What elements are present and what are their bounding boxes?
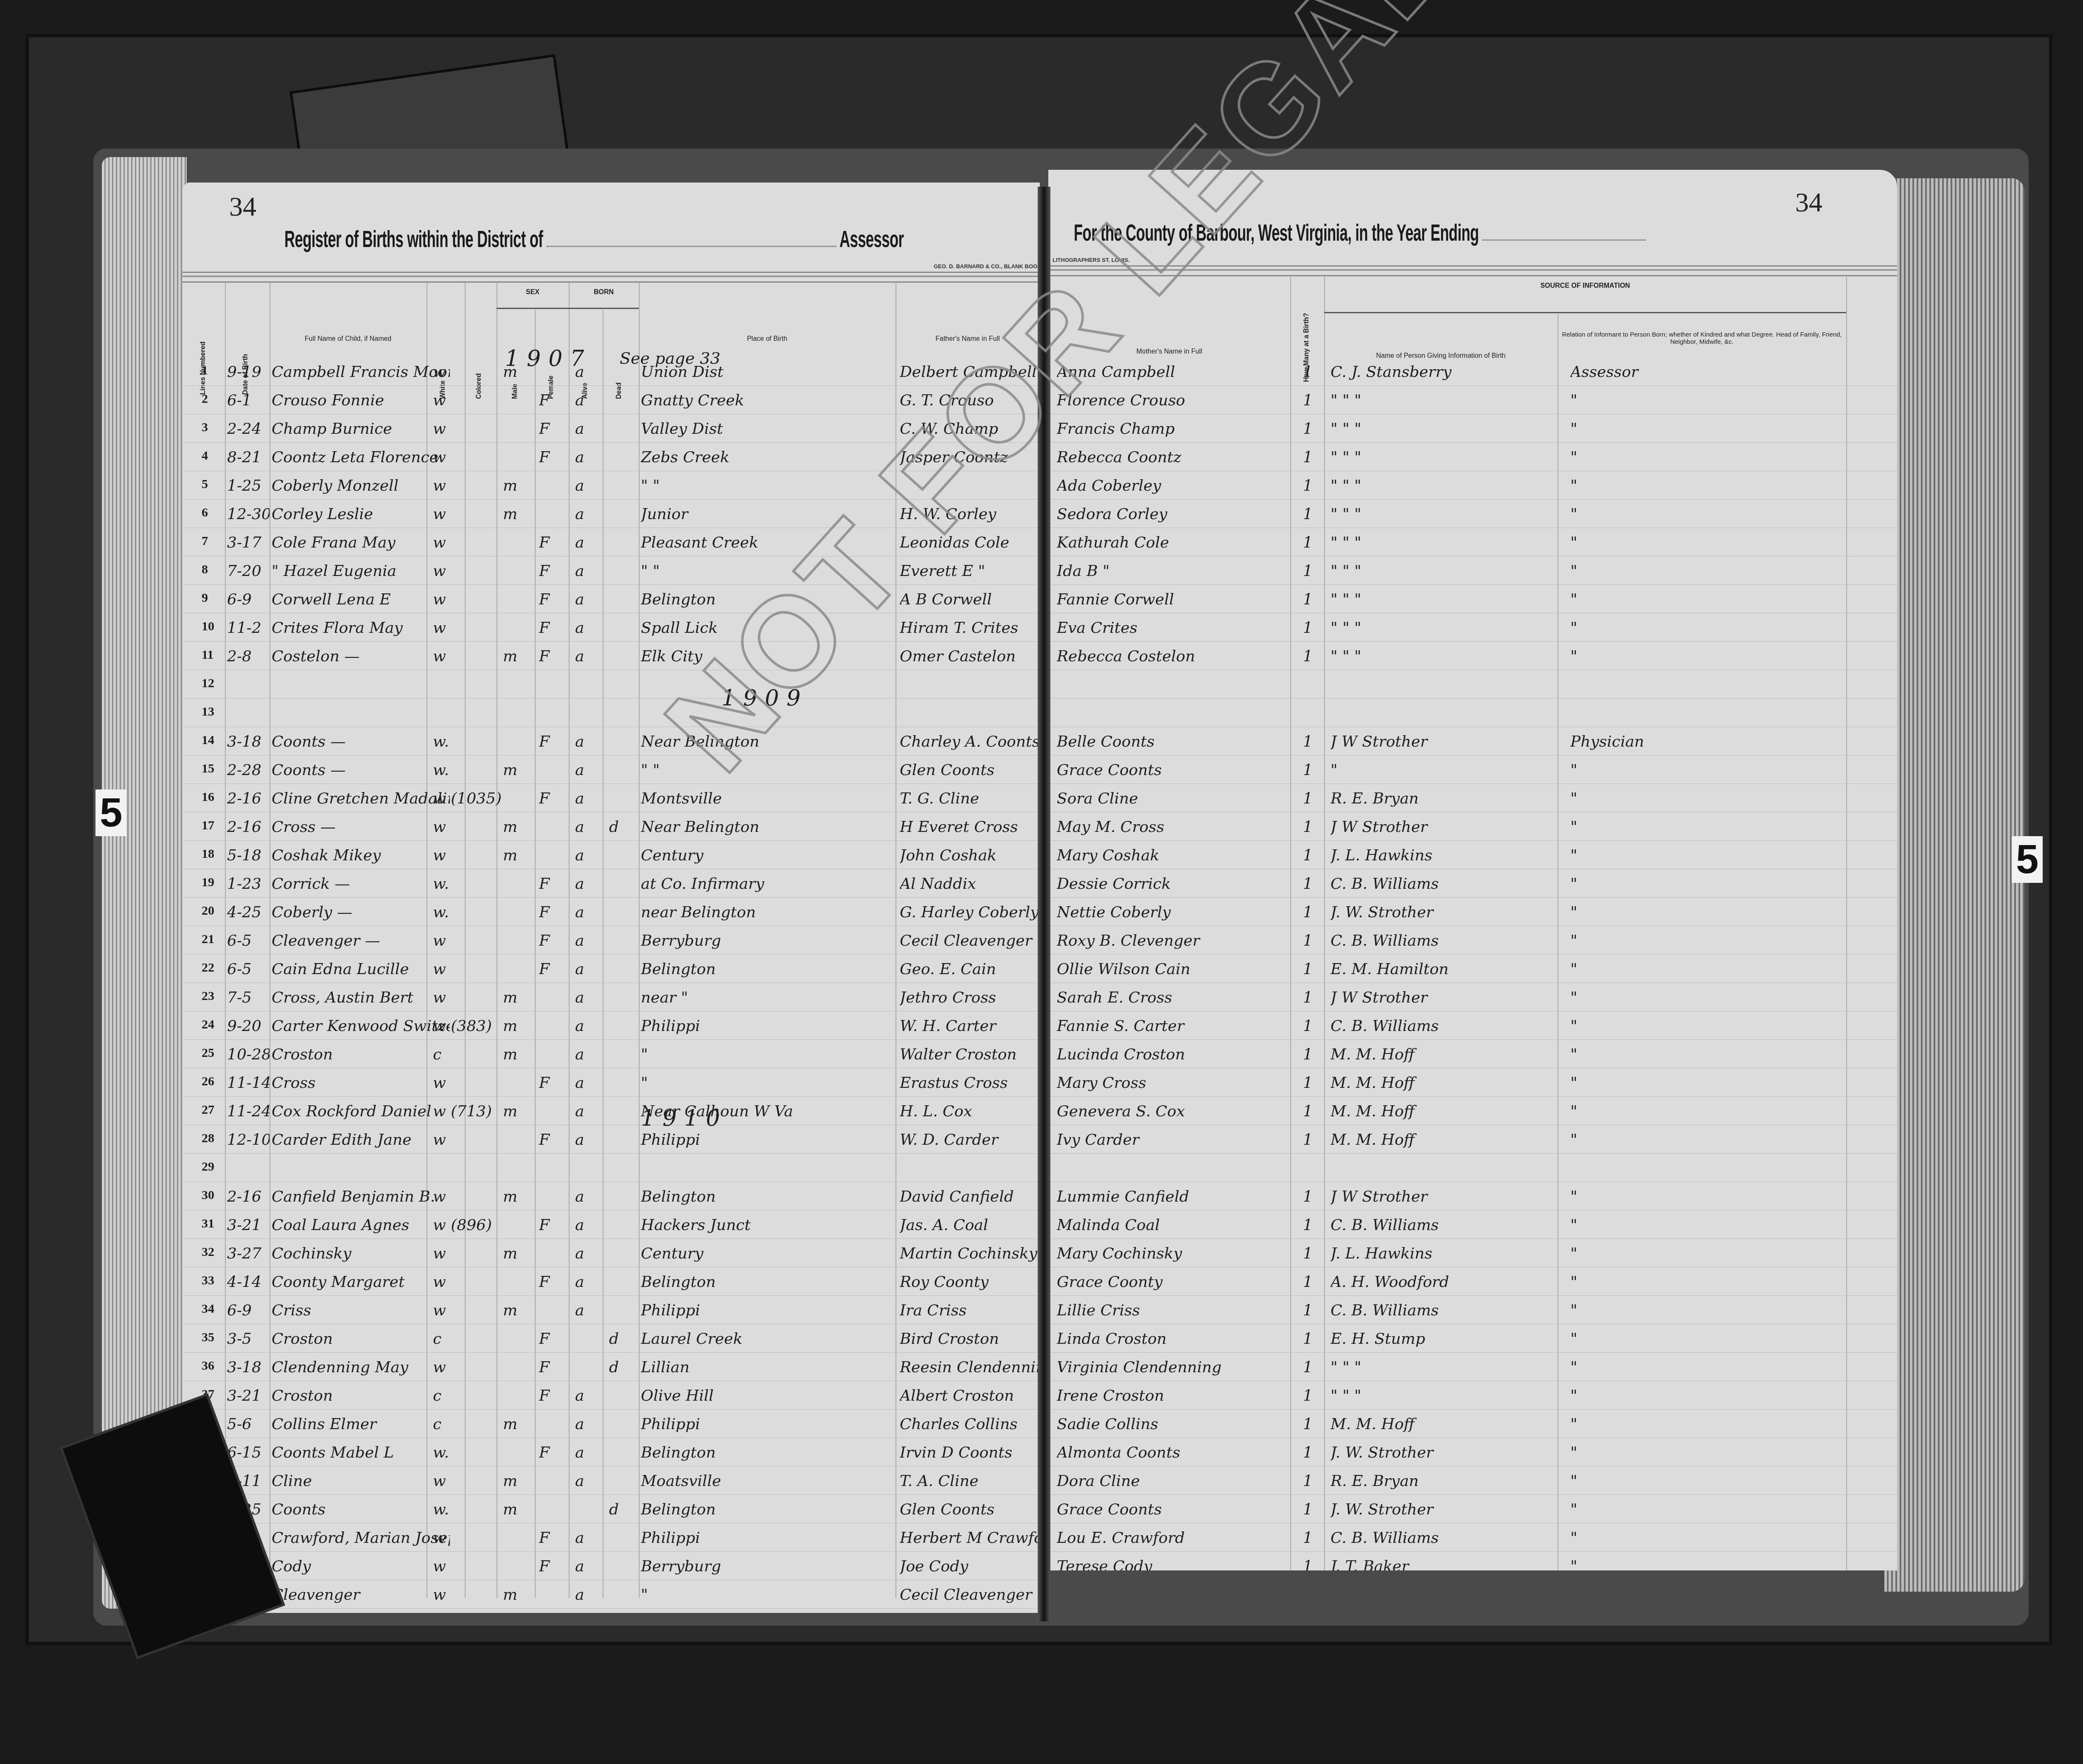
cell-alive: a <box>575 1558 603 1575</box>
cell-informant: J. W. Strother <box>1331 904 1555 921</box>
cell-informant: R. E. Bryan <box>1331 790 1555 807</box>
table-row: Mary Cochinsky1J. L. Hawkins" <box>1048 1242 1897 1267</box>
cell-relation: " <box>1570 420 1842 438</box>
table-row: 323-27CochinskywmaCenturyMartin Cochinsk… <box>182 1242 1040 1267</box>
cell-date: 3-5 <box>227 1330 269 1348</box>
cell-race: c <box>433 1330 518 1348</box>
cell-alive: a <box>575 591 603 608</box>
cell-male: m <box>503 1017 533 1035</box>
table-row: 2510-28Crostoncma"Walter Croston <box>182 1043 1040 1068</box>
table-row: Lillie Criss1C. B. Williams" <box>1048 1299 1897 1324</box>
cell-date: 6-5 <box>227 932 269 949</box>
table-row: Almonta Coonts1J. W. Strother" <box>1048 1441 1897 1466</box>
cell-line: 30 <box>202 1188 225 1202</box>
cell-informant: J. W. Strother <box>1331 1501 1555 1518</box>
cell-line: 6 <box>202 506 225 520</box>
cell-alive: a <box>575 1529 603 1547</box>
cell-female: F <box>539 420 569 438</box>
cell-name: Coonts Mabel L <box>272 1444 450 1461</box>
cell-informant: " <box>1331 761 1555 779</box>
cell-line: 25 <box>202 1046 225 1060</box>
cell-father: Reesin Clendenning <box>900 1359 1040 1376</box>
cell-name: Coonts <box>272 1501 450 1518</box>
cell-informant: J. W. Strother <box>1331 1444 1555 1461</box>
table-row: 429-4Crawford, Marian JosephinewFaPhilip… <box>182 1527 1040 1551</box>
cell-line: 7 <box>202 534 225 548</box>
cell-count: 1 <box>1303 506 1322 523</box>
tab-marker-left: 5 <box>95 789 126 836</box>
table-row: Lucinda Croston1M. M. Hoff" <box>1048 1043 1897 1068</box>
cell-mother: Fannie S. Carter <box>1057 1017 1290 1035</box>
table-row: May M. Cross1J W Strother" <box>1048 816 1897 840</box>
cell-relation: " <box>1570 1103 1842 1120</box>
cell-relation: " <box>1570 648 1842 665</box>
cell-count: 1 <box>1303 648 1322 665</box>
cell-alive: a <box>575 733 603 750</box>
table-row: Eva Crites1" " "" <box>1048 617 1897 641</box>
cell-father: Charley A. Coonts <box>900 733 1040 750</box>
cell-mother: Kathurah Cole <box>1057 534 1290 551</box>
cell-relation: " <box>1570 961 1842 978</box>
table-row: Grace Coonts1"" <box>1048 759 1897 784</box>
table-row: 363-18Clendenning MaywFdLillianReesin Cl… <box>182 1356 1040 1381</box>
cell-mother: Sarah E. Cross <box>1057 989 1290 1006</box>
cell-alive: a <box>575 562 603 580</box>
cell-mother: Grace Coonts <box>1057 761 1290 779</box>
cell-mother: Mary Cross <box>1057 1074 1290 1092</box>
cell-count: 1 <box>1303 1131 1322 1149</box>
cell-line: 20 <box>202 904 225 918</box>
table-row <box>1048 674 1897 698</box>
cell-name: Cox Rockford Daniel <box>272 1103 450 1120</box>
cell-informant: M. M. Hoff <box>1331 1131 1555 1149</box>
col-relation: Relation of Informant to Person Born; wh… <box>1562 331 1842 345</box>
cell-name: Croston <box>272 1330 450 1348</box>
cell-informant: J W Strother <box>1331 989 1555 1006</box>
cell-informant: J. L. Hawkins <box>1331 847 1555 864</box>
cell-father: Bird Croston <box>900 1330 1040 1348</box>
cell-mother: Eva Crites <box>1057 619 1290 637</box>
cell-alive: a <box>575 847 603 864</box>
cell-relation: " <box>1570 449 1842 466</box>
cell-count: 1 <box>1303 989 1322 1006</box>
cell-informant: M. M. Hoff <box>1331 1074 1555 1092</box>
cell-race: w <box>433 1131 518 1149</box>
cell-mother: Ada Coberley <box>1057 477 1290 494</box>
header-rule <box>182 272 1040 283</box>
cell-date: 6-1 <box>227 392 269 409</box>
cell-female: F <box>539 619 569 637</box>
cell-line: 15 <box>202 761 225 776</box>
cell-place: Near Belington <box>641 818 896 836</box>
cell-male: m <box>503 818 533 836</box>
cell-alive: a <box>575 989 603 1006</box>
cell-line: 28 <box>202 1131 225 1146</box>
cell-line: 29 <box>202 1160 225 1174</box>
cell-date: 6-5 <box>227 961 269 978</box>
cell-name: Clendenning May <box>272 1359 450 1376</box>
cell-count: 1 <box>1303 1330 1322 1348</box>
cell-line: 23 <box>202 989 225 1003</box>
table-row: Francis Champ1" " "" <box>1048 418 1897 442</box>
cell-count: 1 <box>1303 449 1322 466</box>
cell-date: 11-2 <box>227 619 269 637</box>
cell-father: John Coshak <box>900 847 1040 864</box>
cell-female: F <box>539 1529 569 1547</box>
cell-alive: a <box>575 477 603 494</box>
table-row: Lou E. Crawford1C. B. Williams" <box>1048 1527 1897 1551</box>
cell-informant: R. E. Bryan <box>1331 1472 1555 1490</box>
cell-alive: a <box>575 1103 603 1120</box>
cell-female: F <box>539 875 569 893</box>
cell-date: 9-19 <box>227 363 269 381</box>
cell-date: 3-21 <box>227 1387 269 1404</box>
cell-mother: Nettie Coberly <box>1057 904 1290 921</box>
table-row: Virginia Clendenning1" " "" <box>1048 1356 1897 1381</box>
cell-name: Coal Laura Agnes <box>272 1216 450 1234</box>
cell-mother: Mary Cochinsky <box>1057 1245 1290 1262</box>
cell-name: Cline Gretchen Madaline <box>272 790 450 807</box>
cell-date: 3-18 <box>227 733 269 750</box>
cell-name: Canfield Benjamin B. <box>272 1188 450 1205</box>
cell-place: Moatsville <box>641 1472 896 1490</box>
cell-female: F <box>539 562 569 580</box>
cell-informant: " " " <box>1331 591 1555 608</box>
cell-date: 1-25 <box>227 477 269 494</box>
cell-line: 31 <box>202 1216 225 1231</box>
cell-name: Cross — <box>272 818 450 836</box>
cell-female: F <box>539 790 569 807</box>
cell-alive: a <box>575 1416 603 1433</box>
cell-informant: C. B. Williams <box>1331 932 1555 949</box>
cell-line: 36 <box>202 1359 225 1373</box>
cell-father: Charles Collins <box>900 1416 1040 1433</box>
cell-mother: May M. Cross <box>1057 818 1290 836</box>
table-row: E172-16Cross —wmadNear BelingtonH Everet… <box>182 816 1040 840</box>
cell-alive: a <box>575 534 603 551</box>
cell-male: m <box>503 1046 533 1063</box>
cell-relation: " <box>1570 1501 1842 1518</box>
cell-race: w <box>433 1529 518 1547</box>
right-page: 34 For the County of Barbour, West Virgi… <box>1048 170 1897 1570</box>
cell-relation: " <box>1570 591 1842 608</box>
cell-alive: a <box>575 1017 603 1035</box>
cell-mother: Lucinda Croston <box>1057 1046 1290 1063</box>
cell-race: w <box>433 449 518 466</box>
cell-alive: a <box>575 506 603 523</box>
table-row: Grace Coonty1A. H. Woodford" <box>1048 1271 1897 1295</box>
cell-line: 1 <box>202 363 225 378</box>
cell-alive: a <box>575 904 603 921</box>
table-row: Mary Cross1M. M. Hoff" <box>1048 1072 1897 1096</box>
cell-alive: a <box>575 1273 603 1291</box>
cell-count: 1 <box>1303 1302 1322 1319</box>
cell-informant: M. M. Hoff <box>1331 1046 1555 1063</box>
cell-line: 5 <box>202 477 225 492</box>
cell-relation: " <box>1570 392 1842 409</box>
table-row: W191-23Corrick —w.Faat Co. InfirmaryAl N… <box>182 873 1040 897</box>
cell-line: 9 <box>202 591 225 605</box>
cell-father: T. G. Cline <box>900 790 1040 807</box>
cell-alive: a <box>575 449 603 466</box>
cell-count: 1 <box>1303 1501 1322 1518</box>
cell-relation: " <box>1570 1273 1842 1291</box>
cell-count: 1 <box>1303 761 1322 779</box>
cell-place: Olive Hill <box>641 1387 896 1404</box>
table-row: 204-25Coberly —w.Fanear BelingtonG. Harl… <box>182 901 1040 926</box>
table-row: E143-18Coonts —w.FaNear BelingtonCharley… <box>182 730 1040 755</box>
cell-count: 1 <box>1303 363 1322 381</box>
cell-mother: Fannie Corwell <box>1057 591 1290 608</box>
cell-informant: E. M. Hamilton <box>1331 961 1555 978</box>
cell-relation: " <box>1570 1131 1842 1149</box>
cell-name: Coonty Margaret <box>272 1273 450 1291</box>
cell-name: Croston <box>272 1046 450 1063</box>
cell-place: Belington <box>641 961 896 978</box>
table-row: Irene Croston1" " "" <box>1048 1385 1897 1409</box>
cell-line: 12 <box>202 676 225 691</box>
cell-name: Corrick — <box>272 875 450 893</box>
cell-informant: C. B. Williams <box>1331 1529 1555 1547</box>
cell-male: m <box>503 1103 533 1120</box>
cell-name: Corley Leslie <box>272 506 450 523</box>
cell-line: 21 <box>202 932 225 947</box>
cell-informant: J W Strother <box>1331 818 1555 836</box>
cell-date: 2-16 <box>227 790 269 807</box>
cell-race: w <box>433 1273 518 1291</box>
cell-relation: " <box>1570 1558 1842 1570</box>
table-row: 237-5Cross, Austin Bertwmanear "Jethro C… <box>182 986 1040 1011</box>
cell-female: F <box>539 1216 569 1234</box>
cell-male: m <box>503 477 533 494</box>
cell-informant: " " " <box>1331 648 1555 665</box>
cell-count: 1 <box>1303 904 1322 921</box>
cell-place: Philippi <box>641 1416 896 1433</box>
cell-informant: " " " <box>1331 1359 1555 1376</box>
cell-relation: " <box>1570 1416 1842 1433</box>
cell-female: F <box>539 1359 569 1376</box>
cell-name: Cleavenger <box>272 1586 450 1604</box>
cell-mother: Rebecca Costelon <box>1057 648 1290 665</box>
cell-relation: " <box>1570 562 1842 580</box>
cell-place: Belington <box>641 1444 896 1461</box>
cell-count: 1 <box>1303 847 1322 864</box>
cell-place: Laurel Creek <box>641 1330 896 1348</box>
cell-father: Martin Cochinsky <box>900 1245 1040 1262</box>
cell-alive: a <box>575 1074 603 1092</box>
cell-mother: Lummie Canfield <box>1057 1188 1290 1205</box>
cell-male: m <box>503 506 533 523</box>
cell-mother: Grace Coonty <box>1057 1273 1290 1291</box>
cell-line: 3 <box>202 420 225 435</box>
cell-line: 11 <box>202 648 225 662</box>
cell-count: 1 <box>1303 818 1322 836</box>
cell-name: Crites Flora May <box>272 619 450 637</box>
cell-informant: C. J. Stansberry <box>1331 363 1555 381</box>
cell-relation: " <box>1570 1245 1842 1262</box>
cell-count: 1 <box>1303 1529 1322 1547</box>
table-row: 216-5Cleavenger —wFaBerryburgCecil Cleav… <box>182 930 1040 954</box>
cell-count: 1 <box>1303 1188 1322 1205</box>
cell-dead: d <box>609 1359 639 1376</box>
cell-father: Hiram T. Crites <box>900 619 1040 637</box>
cell-date: 7-20 <box>227 562 269 580</box>
col-group-sex: SEX <box>497 289 569 296</box>
col-informant: Name of Person Giving Information of Bir… <box>1328 352 1553 360</box>
cell-relation: " <box>1570 932 1842 949</box>
cell-date: 2-24 <box>227 420 269 438</box>
cell-informant: " " " <box>1331 477 1555 494</box>
cell-name: Coonts — <box>272 761 450 779</box>
cell-father: Herbert M Crawford <box>900 1529 1040 1547</box>
cell-informant: C. B. Williams <box>1331 1302 1555 1319</box>
cell-female: F <box>539 1558 569 1575</box>
title-suffix: Assessor <box>839 225 904 252</box>
table-row: 29 <box>182 1157 1040 1182</box>
cell-mother: Genevera S. Cox <box>1057 1103 1290 1120</box>
cell-date: 6-9 <box>227 1302 269 1319</box>
cell-relation: " <box>1570 1216 1842 1234</box>
cell-date: 3-21 <box>227 1216 269 1234</box>
cell-male: m <box>503 847 533 864</box>
cell-place: Valley Dist <box>641 420 896 438</box>
printer-imprint-left: GEO. D. BARNARD & CO., BLANK BOOK <box>934 263 1040 270</box>
cell-relation: " <box>1570 477 1842 494</box>
cell-father: H. L. Cox <box>900 1103 1040 1120</box>
table-row: Sora Cline1R. E. Bryan" <box>1048 787 1897 812</box>
cell-relation: " <box>1570 790 1842 807</box>
cell-father: Geo. E. Cain <box>900 961 1040 978</box>
page-edges-left <box>102 157 187 1609</box>
cell-dead: d <box>609 1330 639 1348</box>
cell-count: 1 <box>1303 1017 1322 1035</box>
cell-mother: Rebecca Coontz <box>1057 449 1290 466</box>
cell-father: Jas. A. Coal <box>900 1216 1040 1234</box>
table-row: Grace Coonts1J. W. Strother" <box>1048 1498 1897 1523</box>
cell-father: Cecil Cleavenger <box>900 1586 1040 1604</box>
table-row: 1011-2Crites Flora MaywFaSpall LickHiram… <box>182 617 1040 641</box>
cell-relation: " <box>1570 761 1842 779</box>
cell-line: 33 <box>202 1273 225 1288</box>
cell-line: 19 <box>202 875 225 890</box>
cell-place: Belington <box>641 1188 896 1205</box>
cell-mother: Linda Croston <box>1057 1330 1290 1348</box>
cell-alive: a <box>575 790 603 807</box>
table-row: 2611-14CrosswFa"Erastus Cross <box>182 1072 1040 1096</box>
cell-race: w <box>433 961 518 978</box>
cell-race: w <box>433 420 518 438</box>
page-edges-right <box>1884 178 2024 1592</box>
table-row: 249-20Carter Kenwood Switzerw (383)maPhi… <box>182 1015 1040 1039</box>
table-row <box>1048 1157 1897 1182</box>
table-row: Fannie S. Carter1C. B. Williams" <box>1048 1015 1897 1039</box>
cell-date: 3-27 <box>227 1245 269 1262</box>
cell-relation: " <box>1570 619 1842 637</box>
cell-name: Cleavenger — <box>272 932 450 949</box>
cell-name: Cain Edna Lucille <box>272 961 450 978</box>
cell-place: Philippi <box>641 1302 896 1319</box>
cell-count: 1 <box>1303 1103 1322 1120</box>
cell-relation: " <box>1570 1444 1842 1461</box>
cell-line: 10 <box>202 619 225 634</box>
table-row: Florence Crouso1" " "" <box>1048 389 1897 414</box>
cell-female: F <box>539 449 569 466</box>
cell-relation: " <box>1570 1046 1842 1063</box>
cell-male: m <box>503 1245 533 1262</box>
cell-place: near Belington <box>641 904 896 921</box>
cell-count: 1 <box>1303 420 1322 438</box>
cell-race: w. <box>433 733 518 750</box>
table-row: Sarah E. Cross1J W Strother" <box>1048 986 1897 1011</box>
cell-alive: a <box>575 1216 603 1234</box>
cell-count: 1 <box>1303 1359 1322 1376</box>
cell-mother: Belle Coonts <box>1057 733 1290 750</box>
cell-race: w <box>433 534 518 551</box>
table-row: Nettie Coberly1J. W. Strother" <box>1048 901 1897 926</box>
cell-female: F <box>539 392 569 409</box>
cell-line: 35 <box>202 1330 225 1345</box>
left-page-number: 34 <box>229 191 256 222</box>
cell-name: Coberly — <box>272 904 450 921</box>
table-row: 13 <box>182 702 1040 727</box>
cell-relation: " <box>1570 1330 1842 1348</box>
cell-line: 16 <box>202 790 225 804</box>
cell-informant: J. T. Baker <box>1331 1558 1555 1570</box>
cell-line: 2 <box>202 392 225 406</box>
cell-informant: C. B. Williams <box>1331 1216 1555 1234</box>
cell-line: 8 <box>202 562 225 577</box>
cell-race: w <box>433 1359 518 1376</box>
cell-date: 4-14 <box>227 1273 269 1291</box>
cell-date: 2-16 <box>227 818 269 836</box>
cell-father: W. D. Carder <box>900 1131 1040 1149</box>
table-row: Rebecca Coontz1" " "" <box>1048 446 1897 471</box>
cell-informant: " " " <box>1331 1387 1555 1404</box>
cell-mother: Malinda Coal <box>1057 1216 1290 1234</box>
cell-name: " Hazel Eugenia <box>272 562 450 580</box>
cell-place: " <box>641 1046 896 1063</box>
cell-male: m <box>503 1302 533 1319</box>
cell-dead: d <box>609 1501 639 1518</box>
cell-female: F <box>539 1273 569 1291</box>
cell-date: 2-16 <box>227 1188 269 1205</box>
cell-father: Roy Coonty <box>900 1273 1040 1291</box>
cell-date: 10-28 <box>227 1046 269 1063</box>
cell-count: 1 <box>1303 534 1322 551</box>
cell-female: F <box>539 1131 569 1149</box>
cell-date: 2-28 <box>227 761 269 779</box>
cell-alive: a <box>575 1444 603 1461</box>
col-group-born: BORN <box>569 289 639 296</box>
cell-father: Walter Croston <box>900 1046 1040 1063</box>
cell-count: 1 <box>1303 1245 1322 1262</box>
cell-female: F <box>539 961 569 978</box>
cell-mother: Ollie Wilson Cain <box>1057 961 1290 978</box>
cell-line: 14 <box>202 733 225 747</box>
cell-count: 1 <box>1303 619 1322 637</box>
cell-place: Philippi <box>641 1017 896 1035</box>
cell-female: F <box>539 1330 569 1348</box>
cell-count: 1 <box>1303 477 1322 494</box>
table-row: Sadie Collins1M. M. Hoff" <box>1048 1413 1897 1438</box>
table-row: 417-25Coontsw.mdBelingtonGlen Coonts <box>182 1498 1040 1523</box>
cell-relation: " <box>1570 1188 1842 1205</box>
cell-female: F <box>539 904 569 921</box>
cell-name: Coontz Leta Florence <box>272 449 450 466</box>
cell-name: Champ Burnice <box>272 420 450 438</box>
cell-father: G. Harley Coberly <box>900 904 1040 921</box>
cell-place: Philippi <box>641 1529 896 1547</box>
